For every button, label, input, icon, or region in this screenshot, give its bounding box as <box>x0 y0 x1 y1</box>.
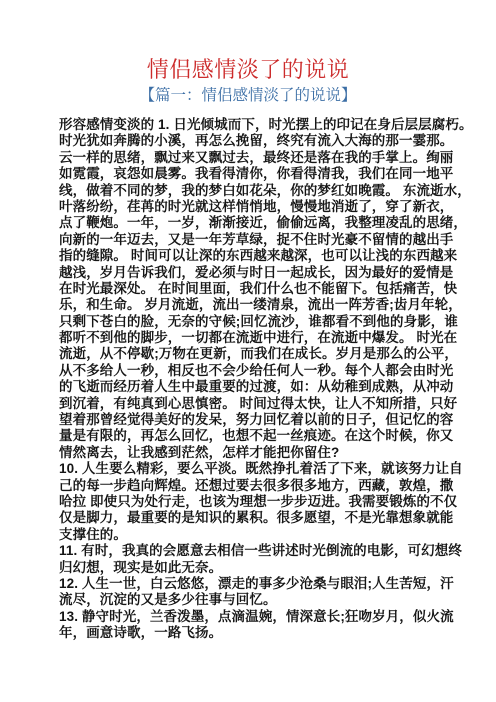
body-line: 叶落纷纷，荏苒的时光就这样悄悄地，慢慢地消逝了，穿了新衣， <box>59 199 492 215</box>
body-line: 归幻想，现实是如此无奈。 <box>59 560 492 576</box>
body-line: 己的每一步趋向辉煌。还想过要去很多很多地方，西藏，敦煌，撒 <box>59 478 492 494</box>
body-line: 线，做着不同的梦，我的梦白如花朵，你的梦红如晚霞。 东流逝水， <box>59 183 492 199</box>
body-text: 形容感情变淡的 1. 日光倾城而下，时光摆上的印记在身后层层腐朽。时光犹如奔腾的… <box>59 117 492 642</box>
body-line: 越浅，岁月告诉我们，爱必须与时日一起成长，因为最好的爱情是 <box>59 265 492 281</box>
body-line: 指的缝隙。 时间可以让深的东西越来越深，也可以让浅的东西越来 <box>59 248 492 264</box>
body-line: 到沉着，有纯真到心思慎密。 时间过得太快，让人不知所措，只好 <box>59 396 492 412</box>
body-line: 13. 静守时光，兰香泼墨，点滴温婉，情深意长;狂吻岁月，似火流 <box>59 609 492 625</box>
body-line: 12. 人生一世，白云悠悠，漂走的事多少沧桑与眼泪;人生苦短，汗 <box>59 576 492 592</box>
body-line: 的飞逝而经历着人生中最重要的过渡，如：从幼稚到成熟，从冲动 <box>59 379 492 395</box>
body-line: 望着那曾经觉得美好的发呆，努力回忆着以前的日子，但记忆的容 <box>59 412 492 428</box>
document-page: 情侣感情淡了的说说 【篇一：情侣感情淡了的说说】 形容感情变淡的 1. 日光倾城… <box>0 0 496 702</box>
body-line: 流尽，沉淀的又是多少往事与回忆。 <box>59 592 492 608</box>
body-line: 仅是脚力，最重要的是知识的累积。很多愿望，不是光靠想象就能 <box>59 510 492 526</box>
body-line: 都听不到他的脚步，一切都在流逝中进行，在流逝中爆发。 时光在 <box>59 330 492 346</box>
body-line: 10. 人生要么精彩，要么平淡。既然挣扎着活了下来，就该努力让自 <box>59 461 492 477</box>
body-line: 11. 有时，我真的会愿意去相信一些讲述时光倒流的电影，可幻想终 <box>59 543 492 559</box>
body-line: 时光犹如奔腾的小溪，再怎么挽留，终究有流入大海的那一霎那。 <box>59 133 492 149</box>
body-line: 从不多给人一秒，相反也不会少给任何人一秒。每个人都会由时光 <box>59 363 492 379</box>
body-line: 在时光最深处。 在时间里面，我们什么也不能留下。包括痛苦，快 <box>59 281 492 297</box>
body-line: 流逝，从不停歇;万物在更新，而我们在成长。岁月是那么的公平， <box>59 346 492 362</box>
body-line: 点了鞭炮。一年，一岁，渐渐接近，偷偷远离，我整理凌乱的思绪， <box>59 215 492 231</box>
body-line: 如霓霞，哀怨如晨雾。我看得清你，你看得清我，我们在同一地平 <box>59 166 492 182</box>
body-line: 云一样的思绪，飘过来又飘过去，最终还是落在我的手掌上。绚丽 <box>59 150 492 166</box>
body-line: 年，画意诗歌，一路飞扬。 <box>59 625 492 641</box>
section-heading: 【篇一：情侣感情淡了的说说】 <box>0 86 496 105</box>
body-line: 情然离去，让我感到茫然，怎样才能把你留住? <box>59 445 492 461</box>
body-line: 向新的一年迈去，又是一年芳草绿，捉不住时光豪不留情的越出手 <box>59 232 492 248</box>
body-line: 量是有限的，再怎么回忆，也想不起一丝痕迹。在这个时候，你又 <box>59 428 492 444</box>
body-line: 支撑住的。 <box>59 527 492 543</box>
body-line: 形容感情变淡的 1. 日光倾城而下，时光摆上的印记在身后层层腐朽。 <box>59 117 492 133</box>
body-line: 哈拉 即使只为处行走，也该为理想一步步迈进。我需要锻炼的不仅 <box>59 494 492 510</box>
page-title: 情侣感情淡了的说说 <box>0 0 496 83</box>
body-line: 只剩下苍白的脸，无奈的守候;回忆流沙，谁都看不到他的身影，谁 <box>59 314 492 330</box>
body-line: 乐，和生命。 岁月流逝，流出一缕清泉，流出一阵芳香;齿月年轮， <box>59 297 492 313</box>
